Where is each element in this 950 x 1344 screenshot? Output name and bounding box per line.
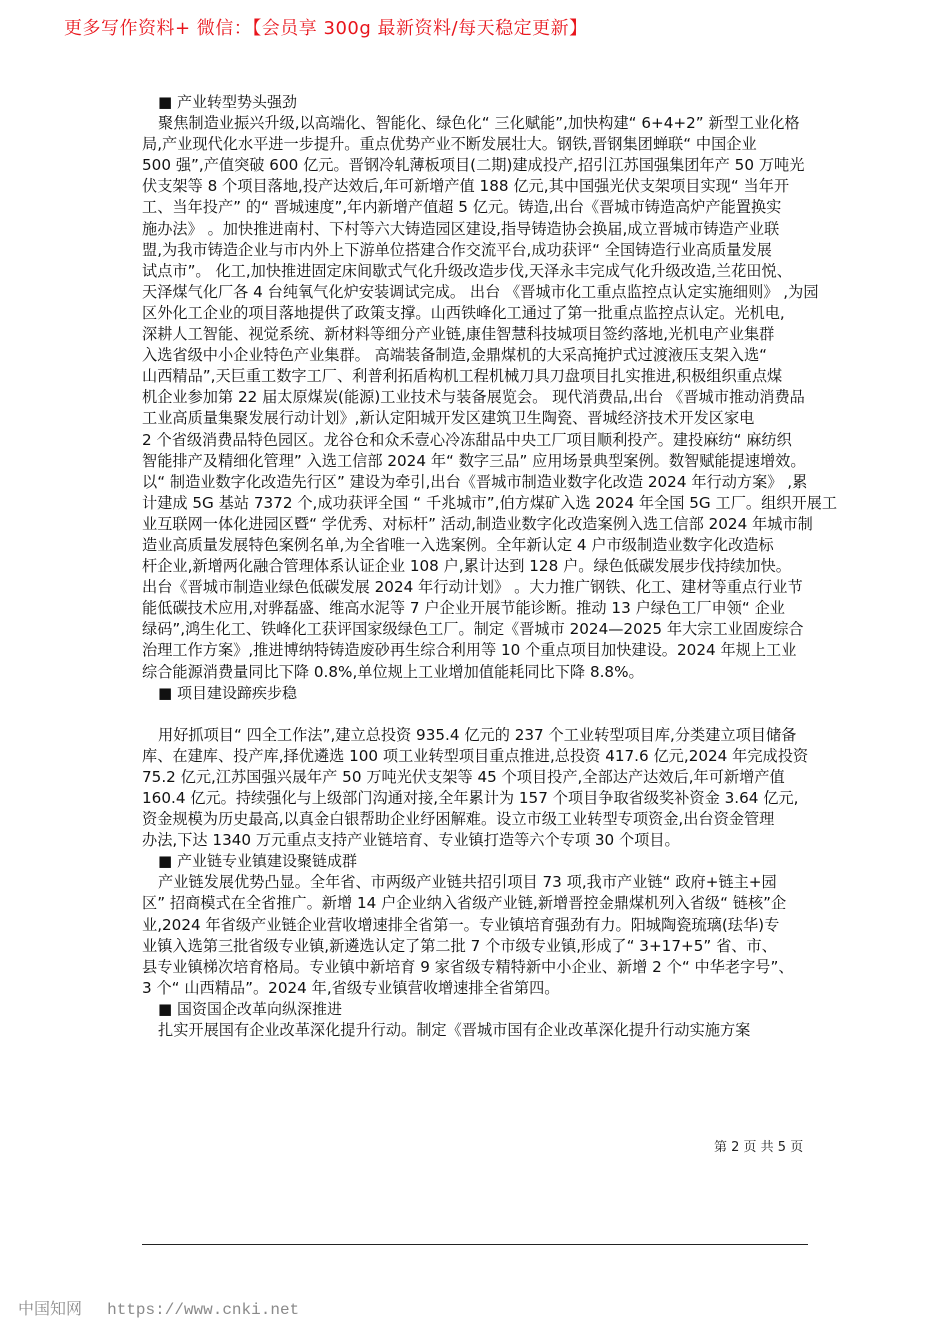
section-heading: ■ 产业链专业镇建设聚链成群 bbox=[142, 851, 832, 872]
section-heading: ■ 项目建设蹄疾步稳 bbox=[142, 683, 832, 704]
text-line: 山西精品”,天巨重工数字工厂、利普利拓盾构机工程机械刀具刀盘项目扎实推进,积极组… bbox=[142, 366, 832, 387]
text-line: 治理工作方案》,推进博纳特铸造废砂再生综合利用等 10 个重点项目加快建设。20… bbox=[142, 640, 832, 661]
text-line: 天泽煤气化厂各 4 台纯氧气化炉安装调试完成。 出台 《晋城市化工重点监控点认定… bbox=[142, 282, 832, 303]
text-line: 杆企业,新增两化融合管理体系认证企业 108 户,累计达到 128 户。绿色低碳… bbox=[142, 556, 832, 577]
text-line: 业互联网一体化进园区暨“ 学优秀、对标杆” 活动,制造业数字化改造案例入选工信部… bbox=[142, 514, 832, 535]
text-line: 区外化工企业的项目落地提供了政策支撑。山西铁峰化工通过了第一批重点监控点认定。光… bbox=[142, 303, 832, 324]
text-line: 能低碳技术应用,对骅磊盛、维高水泥等 7 户企业开展节能诊断。推动 13 户绿色… bbox=[142, 598, 832, 619]
text-line: 施办法》 。加快推进南村、下村等六大铸造园区建设,指导铸造协会换届,成立晋城市铸… bbox=[142, 219, 832, 240]
text-line: 扎实开展国有企业改革深化提升行动。制定《晋城市国有企业改革深化提升行动实施方案 bbox=[142, 1020, 832, 1041]
text-line: 机企业参加第 22 届太原煤炭(能源)工业技术与装备展览会。 现代消费品,出台 … bbox=[142, 387, 832, 408]
section-heading: ■ 产业转型势头强劲 bbox=[142, 92, 832, 113]
text-line: 深耕人工智能、视觉系统、新材料等细分产业链,康佳智慧科技城项目签约落地,光机电产… bbox=[142, 324, 832, 345]
text-line: 造业高质量发展特色案例名单,为全省唯一入选案例。全年新认定 4 户市级制造业数字… bbox=[142, 535, 832, 556]
text-line: 500 强”,产值突破 600 亿元。晋钢冷轧薄板项目(二期)建成投产,招引江苏… bbox=[142, 155, 832, 176]
text-line: 伏支架等 8 个项目落地,投产达效后,年可新增产值 188 亿元,其中国强光伏支… bbox=[142, 176, 832, 197]
footer-divider bbox=[142, 1244, 808, 1245]
text-line: 160.4 亿元。持续强化与上级部门沟通对接,全年累计为 157 个项目争取省级… bbox=[142, 788, 832, 809]
text-line: 库、在建库、投产库,择优遴选 100 项工业转型项目重点推进,总投资 417.6… bbox=[142, 746, 832, 767]
text-line: 智能排产及精细化管理” 入选工信部 2024 年“ 数字三品” 应用场景典型案例… bbox=[142, 451, 832, 472]
text-line: 用好抓项目“ 四全工作法”,建立总投资 935.4 亿元的 237 个工业转型项… bbox=[142, 725, 832, 746]
page-number: 第 2 页 共 5 页 bbox=[714, 1136, 803, 1155]
text-line: 综合能源消费量同比下降 0.8%,单位规上工业增加值能耗同比下降 8.8%。 bbox=[142, 662, 832, 683]
text-line: 3 个“ 山西精品”。2024 年,省级专业镇营收增速排全省第四。 bbox=[142, 978, 832, 999]
text-line: 业镇入选第三批省级专业镇,新遴选认定了第二批 7 个市级专业镇,形成了“ 3+1… bbox=[142, 936, 832, 957]
site-url[interactable]: https://www.cnki.net bbox=[107, 1301, 299, 1319]
text-line: 业,2024 年省级产业链企业营收增速排全省第一。专业镇培育强劲有力。阳城陶瓷琉… bbox=[142, 915, 832, 936]
text-line: 局,产业现代化水平进一步提升。重点优势产业不断发展壮大。钢铁,晋钢集团蝉联“ 中… bbox=[142, 134, 832, 155]
section-heading: ■ 国资国企改革向纵深推进 bbox=[142, 999, 832, 1020]
text-line: 资金规模为历史最高,以真金白银帮助企业纾困解难。设立市级工业转型专项资金,出台资… bbox=[142, 809, 832, 830]
text-line: 产业链发展优势凸显。全年省、市两级产业链共招引项目 73 项,我市产业链“ 政府… bbox=[142, 872, 832, 893]
text-line: 工业高质量集聚发展行动计划》,新认定阳城开发区建筑卫生陶瓷、晋城经济技术开发区家… bbox=[142, 408, 832, 429]
section-paragraph: 扎实开展国有企业改革深化提升行动。制定《晋城市国有企业改革深化提升行动实施方案 bbox=[142, 1020, 832, 1041]
text-line: 聚焦制造业振兴升级,以高端化、智能化、绿色化“ 三化赋能”,加快构建“ 6+4+… bbox=[142, 113, 832, 134]
promo-banner: 更多写作资料+ 微信：【会员享 300g 最新资料/每天稳定更新】 bbox=[64, 14, 588, 40]
text-line: 计建成 5G 基站 7372 个,成功获评全国 “ 千兆城市”,伯方煤矿入选 2… bbox=[142, 493, 832, 514]
text-line: 75.2 亿元,江苏国强兴晟年产 50 万吨光伏支架等 45 个项目投产,全部达… bbox=[142, 767, 832, 788]
text-line: 办法,下达 1340 万元重点支持产业链培育、专业镇打造等六个专项 30 个项目… bbox=[142, 830, 832, 851]
text-line: 出台《晋城市制造业绿色低碳发展 2024 年行动计划》 。大力推广钢铁、化工、建… bbox=[142, 577, 832, 598]
footer-watermark: 中国知网 https://www.cnki.net bbox=[18, 1296, 299, 1319]
text-line: 绿码”,鸿生化工、铁峰化工获评国家级绿色工厂。制定《晋城市 2024—2025 … bbox=[142, 619, 832, 640]
blank-line bbox=[142, 704, 832, 725]
text-line: 工、当年投产” 的“ 晋城速度”,年内新增产值超 5 亿元。铸造,出台《晋城市铸… bbox=[142, 197, 832, 218]
text-line: 以“ 制造业数字化改造先行区” 建设为牵引,出台《晋城市制造业数字化改造 202… bbox=[142, 472, 832, 493]
text-line: 2 个省级消费品特色园区。龙谷仓和众禾壹心冷冻甜品中央工厂项目顺利投产。建投麻纺… bbox=[142, 430, 832, 451]
section-paragraph: 聚焦制造业振兴升级,以高端化、智能化、绿色化“ 三化赋能”,加快构建“ 6+4+… bbox=[142, 113, 832, 683]
section-paragraph: 产业链发展优势凸显。全年省、市两级产业链共招引项目 73 项,我市产业链“ 政府… bbox=[142, 872, 832, 999]
text-line: 入选省级中小企业特色产业集群。 高端装备制造,金鼎煤机的大采高掩护式过渡液压支架… bbox=[142, 345, 832, 366]
text-line: 县专业镇梯次培育格局。专业镇中新培育 9 家省级专精特新中小企业、新增 2 个“… bbox=[142, 957, 832, 978]
text-line: 试点市”。 化工,加快推进固定床间歇式气化升级改造步伐,天泽永丰完成气化升级改造… bbox=[142, 261, 832, 282]
document-body: ■ 产业转型势头强劲 聚焦制造业振兴升级,以高端化、智能化、绿色化“ 三化赋能”… bbox=[142, 92, 832, 1041]
section-paragraph: 用好抓项目“ 四全工作法”,建立总投资 935.4 亿元的 237 个工业转型项… bbox=[142, 725, 832, 852]
text-line: 区” 招商模式在全省推广。新增 14 户企业纳入省级产业链,新增晋控金鼎煤机列入… bbox=[142, 893, 832, 914]
site-name: 中国知网 bbox=[18, 1299, 82, 1318]
text-line: 盟,为我市铸造企业与市内外上下游单位搭建合作交流平台,成功获评“ 全国铸造行业高… bbox=[142, 240, 832, 261]
